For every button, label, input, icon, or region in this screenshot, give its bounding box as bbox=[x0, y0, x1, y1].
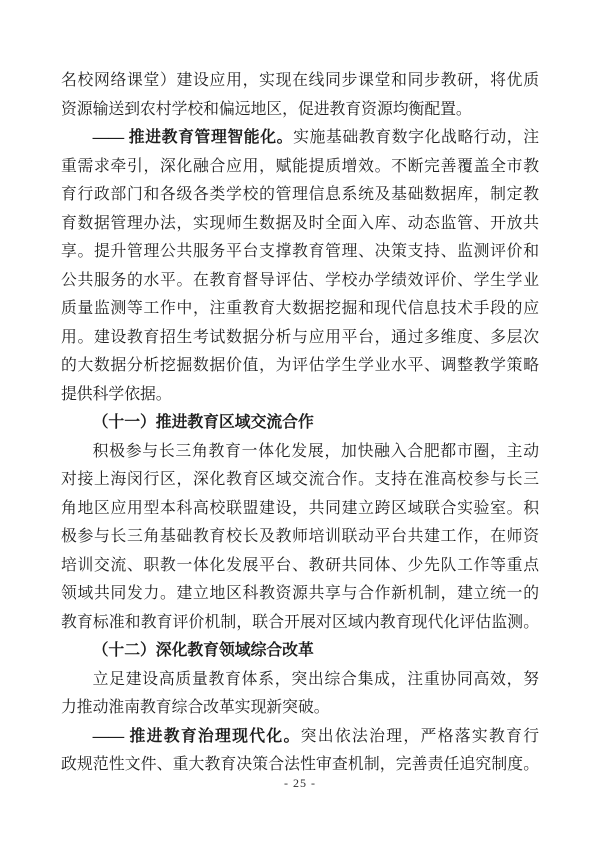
text-line: 育行政部门和各级各类学校的管理信息系统及基础数据库，制定教 bbox=[61, 181, 539, 210]
body-text-segment: 突出依法治理，严格落实教育行 bbox=[301, 728, 539, 745]
text-line: —— 推进教育管理智能化。实施基础教育数字化战略行动，注 bbox=[61, 124, 539, 153]
document-text-block: 名校网络课堂）建设应用，实现在线同步课堂和同步教研，将优质资源输送到农村学校和偏… bbox=[61, 67, 539, 780]
bold-text-segment: —— 推进教育治理现代化。 bbox=[93, 728, 301, 745]
text-line: 对接上海闵行区，深化教育区域交流合作。支持在淮高校参与长三 bbox=[61, 466, 539, 495]
body-text-segment: 实施基础教育数字化战略行动，注 bbox=[293, 129, 539, 146]
bold-text-segment: （十一）推进教育区域交流合作 bbox=[93, 414, 314, 431]
body-text-segment: 用。建设教育招生考试数据分析与应用平台，通过多维度、多层次 bbox=[61, 329, 539, 346]
bold-text-segment: —— 推进教育管理智能化。 bbox=[93, 129, 294, 146]
body-text-segment: 立足建设高质量教育体系，突出综合集成，注重协同高效，努 bbox=[93, 671, 539, 688]
text-line: 立足建设高质量教育体系，突出综合集成，注重协同高效，努 bbox=[61, 666, 539, 695]
body-text-segment: 极参与长三角基础教育校长及教师培训联动平台共建工作，在师资 bbox=[61, 528, 539, 545]
body-text-segment: 角地区应用型本科高校联盟建设，共同建立跨区域联合实验室。积 bbox=[61, 500, 539, 517]
body-text-segment: 培训交流、职教一体化发展平台、教研共同体、少先队工作等重点 bbox=[61, 557, 539, 574]
body-text-segment: 的大数据分析挖掘数据价值，为评估学生学业水平、调整教学策略 bbox=[61, 357, 539, 374]
body-text-segment: 教育标准和教育评价机制，联合开展对区域内教育现代化评估监测。 bbox=[61, 614, 539, 631]
text-line: 育数据管理办法，实现师生数据及时全面入库、动态监管、开放共 bbox=[61, 210, 539, 239]
text-line: 享。提升管理公共服务平台支撑教育管理、决策支持、监测评价和 bbox=[61, 238, 539, 267]
body-text-segment: 享。提升管理公共服务平台支撑教育管理、决策支持、监测评价和 bbox=[61, 243, 539, 260]
text-line: 公共服务的水平。在教育督导评估、学校办学绩效评价、学生学业 bbox=[61, 267, 539, 296]
body-text-segment: 重需求牵引，深化融合应用，赋能提质增效。不断完善覆盖全市教 bbox=[61, 158, 539, 175]
text-line: 用。建设教育招生考试数据分析与应用平台，通过多维度、多层次 bbox=[61, 324, 539, 353]
body-text-segment: 提供科学依据。 bbox=[61, 386, 172, 403]
body-text-segment: 政规范性文件、重大教育决策合法性审查机制，完善责任追究制度。 bbox=[61, 756, 539, 773]
text-line: 领域共同发力。建立地区科教资源共享与合作新机制，建立统一的 bbox=[61, 580, 539, 609]
text-line: —— 推进教育治理现代化。突出依法治理，严格落实教育行 bbox=[61, 723, 539, 752]
body-text-segment: 育行政部门和各级各类学校的管理信息系统及基础数据库，制定教 bbox=[61, 186, 539, 203]
body-text-segment: 名校网络课堂）建设应用，实现在线同步课堂和同步教研，将优质 bbox=[61, 72, 539, 89]
text-line: 质量监测等工作中，注重教育大数据挖掘和现代信息技术手段的应 bbox=[61, 295, 539, 324]
text-line: 极参与长三角基础教育校长及教师培训联动平台共建工作，在师资 bbox=[61, 523, 539, 552]
text-line: 积极参与长三角教育一体化发展，加快融入合肥都市圈，主动 bbox=[61, 438, 539, 467]
body-text-segment: 积极参与长三角教育一体化发展，加快融入合肥都市圈，主动 bbox=[93, 443, 539, 460]
text-line: 提供科学依据。 bbox=[61, 381, 539, 410]
text-line: 重需求牵引，深化融合应用，赋能提质增效。不断完善覆盖全市教 bbox=[61, 153, 539, 182]
bold-text-segment: （十二）深化教育领域综合改革 bbox=[93, 642, 314, 659]
text-line: 的大数据分析挖掘数据价值，为评估学生学业水平、调整教学策略 bbox=[61, 352, 539, 381]
text-line: 角地区应用型本科高校联盟建设，共同建立跨区域联合实验室。积 bbox=[61, 495, 539, 524]
body-text-segment: 资源输送到农村学校和偏远地区，促进教育资源均衡配置。 bbox=[61, 101, 472, 118]
text-line: 资源输送到农村学校和偏远地区，促进教育资源均衡配置。 bbox=[61, 96, 539, 125]
body-text-segment: 公共服务的水平。在教育督导评估、学校办学绩效评价、学生学业 bbox=[61, 272, 539, 289]
body-text-segment: 领域共同发力。建立地区科教资源共享与合作新机制，建立统一的 bbox=[61, 585, 539, 602]
body-text-segment: 对接上海闵行区，深化教育区域交流合作。支持在淮高校参与长三 bbox=[61, 471, 539, 488]
section-heading-line: （十一）推进教育区域交流合作 bbox=[61, 409, 539, 438]
text-line: 培训交流、职教一体化发展平台、教研共同体、少先队工作等重点 bbox=[61, 552, 539, 581]
text-line: 名校网络课堂）建设应用，实现在线同步课堂和同步教研，将优质 bbox=[61, 67, 539, 96]
text-line: 力推动淮南教育综合改革实现新突破。 bbox=[61, 694, 539, 723]
text-line: 教育标准和教育评价机制，联合开展对区域内教育现代化评估监测。 bbox=[61, 609, 539, 638]
document-page: 名校网络课堂）建设应用，实现在线同步课堂和同步教研，将优质资源输送到农村学校和偏… bbox=[0, 0, 600, 848]
body-text-segment: 质量监测等工作中，注重教育大数据挖掘和现代信息技术手段的应 bbox=[61, 300, 539, 317]
page-number: - 25 - bbox=[0, 776, 600, 791]
section-heading-line: （十二）深化教育领域综合改革 bbox=[61, 637, 539, 666]
body-text-segment: 育数据管理办法，实现师生数据及时全面入库、动态监管、开放共 bbox=[61, 215, 539, 232]
body-text-segment: 力推动淮南教育综合改革实现新突破。 bbox=[61, 699, 330, 716]
